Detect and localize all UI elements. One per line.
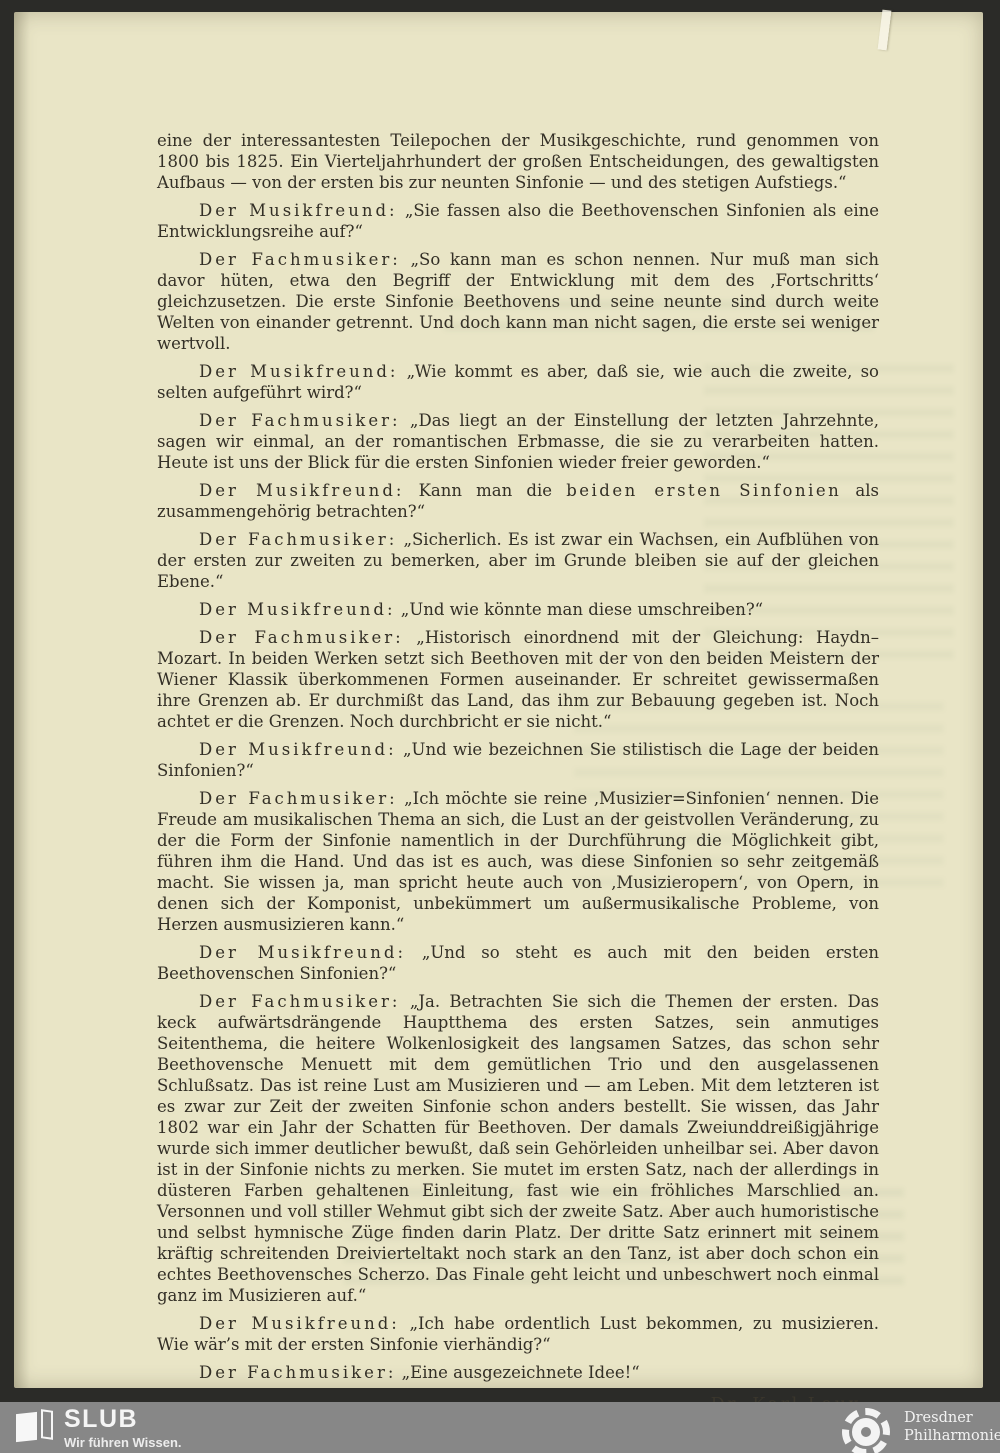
slub-book-icon	[16, 1410, 58, 1444]
speaker-label: Der Musikfreund:	[199, 481, 404, 500]
philharmonie-line2: Philharmonie	[904, 1428, 1000, 1446]
paragraph-text: Kann man die	[404, 481, 566, 500]
paragraph: Der Musikfreund: „Ich habe ordentlich Lu…	[157, 1313, 879, 1355]
speaker-label: Der Fachmusiker:	[199, 250, 401, 269]
paragraph: Der Fachmusiker: „Ich möchte sie reine ‚…	[157, 788, 879, 935]
paragraph: Der Fachmusiker: „So kann man es schon n…	[157, 249, 879, 354]
paragraph: Der Musikfreund: „Und wie könnte man die…	[157, 599, 879, 620]
speaker-label: Der Musikfreund:	[199, 201, 398, 220]
speaker-label: Der Musikfreund:	[199, 740, 397, 759]
paragraph: Der Fachmusiker: „Eine ausgezeichnete Id…	[157, 1362, 879, 1383]
speaker-label: Der Fachmusiker:	[199, 530, 397, 549]
paragraph: Der Musikfreund: Kann man die beiden ers…	[157, 480, 879, 522]
emphasized-spaced-text: beiden ersten Sinfonien	[566, 481, 841, 500]
philharmonie-logo-text: Dresdner Philharmonie	[904, 1410, 1000, 1445]
paragraph: Der Musikfreund: „Sie fassen also die Be…	[157, 200, 879, 242]
paragraph-text: „Eine ausgezeichnete Idee!“	[396, 1363, 639, 1382]
speaker-label: Der Fachmusiker:	[199, 628, 404, 647]
page-edge-shade	[14, 12, 30, 1388]
sunburst-ring	[852, 1418, 880, 1446]
paragraph-text: „Und wie könnte man diese umschreiben?“	[396, 600, 764, 619]
footer-bar: SLUB Wir führen Wissen. Dresdner Philhar…	[0, 1402, 1000, 1453]
paragraph-text: eine der interessantesten Teilepochen de…	[157, 131, 879, 192]
paragraph: eine der interessantesten Teilepochen de…	[157, 130, 879, 193]
slub-logo-text: SLUB	[64, 1405, 138, 1434]
speaker-label: Der Musikfreund:	[199, 1314, 400, 1333]
paragraph: Der Musikfreund: „Und wie bezeichnen Sie…	[157, 739, 879, 781]
philharmonie-sunburst-icon	[842, 1408, 890, 1453]
paragraph: Der Fachmusiker: „Das liegt an der Einst…	[157, 410, 879, 473]
text-block: eine der interessantesten Teilepochen de…	[157, 130, 879, 1416]
philharmonie-line1: Dresdner	[904, 1410, 1000, 1428]
speaker-label: Der Musikfreund:	[199, 600, 396, 619]
slub-tagline: Wir führen Wissen.	[64, 1435, 182, 1450]
speaker-label: Der Fachmusiker:	[199, 411, 401, 430]
speaker-label: Der Musikfreund:	[199, 943, 406, 962]
book-cover-left	[16, 1412, 37, 1442]
paragraph: Der Fachmusiker: „Ja. Betrachten Sie sic…	[157, 991, 879, 1306]
speaker-label: Der Fachmusiker:	[199, 1363, 396, 1382]
paragraph-text: „Ich möchte sie reine ‚Musizier=Sinfonie…	[157, 789, 879, 934]
speaker-label: Der Fachmusiker:	[199, 992, 400, 1011]
document-page: eine der interessantesten Teilepochen de…	[14, 12, 983, 1388]
paragraph-text: „Ja. Betrachten Sie sich die Themen der …	[157, 992, 879, 1305]
paragraph: Der Musikfreund: „Und so steht es auch m…	[157, 942, 879, 984]
paper-crease-artifact	[878, 10, 892, 51]
speaker-label: Der Musikfreund:	[199, 362, 398, 381]
book-cover-right	[41, 1409, 53, 1440]
paragraph: Der Musikfreund: „Wie kommt es aber, daß…	[157, 361, 879, 403]
speaker-label: Der Fachmusiker:	[199, 789, 398, 808]
paragraph: Der Fachmusiker: „Historisch einordnend …	[157, 627, 879, 732]
paragraph: Der Fachmusiker: „Sicherlich. Es ist zwa…	[157, 529, 879, 592]
scan-viewport: { "document": { "paragraphs": [ {"speake…	[0, 0, 1000, 1453]
